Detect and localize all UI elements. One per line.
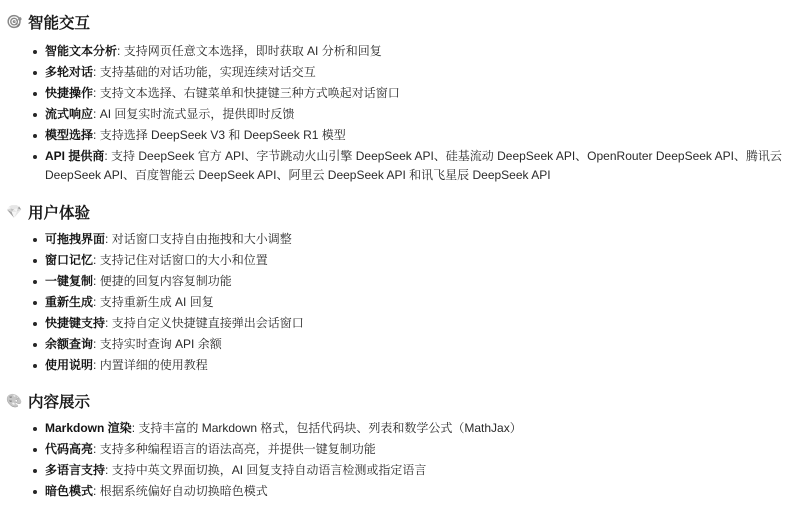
bullet (33, 280, 37, 284)
separator: : (93, 295, 100, 309)
list-item: 快捷键支持: 支持自定义快捷键直接弹出会话窗口 (0, 313, 800, 334)
list-item: 重新生成: 支持重新生成 AI 回复 (0, 292, 800, 313)
target-icon: 🎯 (6, 14, 22, 30)
section-heading-content-display: 🎨 内容展示 (6, 390, 90, 412)
bullet (33, 134, 37, 138)
bullet (33, 301, 37, 305)
separator: : (93, 86, 100, 100)
separator: : (117, 44, 124, 58)
feature-term: 余额查询 (45, 337, 93, 351)
list-item: 窗口记忆: 支持记住对话窗口的大小和位置 (0, 250, 800, 271)
feature-term: 多轮对话 (45, 65, 93, 79)
feature-list-interaction: 智能文本分析: 支持网页任意文本选择，即时获取 AI 分析和回复 多轮对话: 支… (0, 41, 800, 185)
bullet (33, 322, 37, 326)
list-item: 多轮对话: 支持基础的对话功能，实现连续对话交互 (0, 62, 800, 83)
bullet (33, 490, 37, 494)
list-item: 模型选择: 支持选择 DeepSeek V3 和 DeepSeek R1 模型 (0, 125, 800, 146)
list-item: 流式响应: AI 回复实时流式显示，提供即时反馈 (0, 104, 800, 125)
separator: : (93, 442, 100, 456)
feature-term: API 提供商 (45, 149, 104, 163)
bullet (33, 343, 37, 347)
list-item: 智能文本分析: 支持网页任意文本选择，即时获取 AI 分析和回复 (0, 41, 800, 62)
list-item: 快捷操作: 支持文本选择、右键菜单和快捷键三种方式唤起对话窗口 (0, 83, 800, 104)
gem-icon: 💎 (6, 204, 22, 220)
bullet (33, 259, 37, 263)
separator: : (93, 65, 100, 79)
feature-term: 快捷键支持 (45, 316, 105, 330)
section-heading-user-experience: 💎 用户体验 (6, 201, 90, 223)
bullet (33, 364, 37, 368)
feature-desc: 便捷的回复内容复制功能 (100, 274, 232, 288)
bullet (33, 71, 37, 75)
bullet (33, 155, 37, 159)
feature-term: 窗口记忆 (45, 253, 93, 267)
separator: : (93, 274, 100, 288)
separator: : (93, 358, 100, 372)
bullet (33, 50, 37, 54)
feature-desc: 支持基础的对话功能，实现连续对话交互 (100, 65, 316, 79)
list-item: 代码高亮: 支持多种编程语言的语法高亮，并提供一键复制功能 (0, 439, 800, 460)
palette-icon: 🎨 (6, 393, 22, 409)
section-heading-interaction: 🎯 智能交互 (6, 11, 90, 33)
bullet (33, 469, 37, 473)
section-title: 智能交互 (28, 11, 90, 33)
feature-desc: 支持网页任意文本选择，即时获取 AI 分析和回复 (124, 44, 382, 58)
feature-desc: 支持记住对话窗口的大小和位置 (100, 253, 268, 267)
list-item: 一键复制: 便捷的回复内容复制功能 (0, 271, 800, 292)
list-item: 可拖拽界面: 对话窗口支持自由拖拽和大小调整 (0, 229, 800, 250)
feature-desc: 支持多种编程语言的语法高亮，并提供一键复制功能 (100, 442, 376, 456)
feature-list-user-experience: 可拖拽界面: 对话窗口支持自由拖拽和大小调整 窗口记忆: 支持记住对话窗口的大小… (0, 229, 800, 376)
feature-term: 暗色模式 (45, 484, 93, 498)
feature-desc: 支持中英文界面切换，AI 回复支持自动语言检测或指定语言 (112, 463, 427, 477)
feature-term: 流式响应 (45, 107, 93, 121)
feature-desc: 支持选择 DeepSeek V3 和 DeepSeek R1 模型 (100, 128, 346, 142)
feature-term: 模型选择 (45, 128, 93, 142)
list-item: 余额查询: 支持实时查询 API 余额 (0, 334, 800, 355)
feature-term: 快捷操作 (45, 86, 93, 100)
list-item: 多语言支持: 支持中英文界面切换，AI 回复支持自动语言检测或指定语言 (0, 460, 800, 481)
feature-term: 代码高亮 (45, 442, 93, 456)
list-item: Markdown 渲染: 支持丰富的 Markdown 格式，包括代码块、列表和… (0, 418, 800, 439)
separator: : (104, 149, 111, 163)
feature-desc: 支持重新生成 AI 回复 (100, 295, 214, 309)
feature-desc: 内置详细的使用教程 (100, 358, 208, 372)
separator: : (93, 128, 100, 142)
bullet (33, 92, 37, 96)
feature-term: 多语言支持 (45, 463, 105, 477)
feature-desc: 支持文本选择、右键菜单和快捷键三种方式唤起对话窗口 (100, 86, 400, 100)
feature-term: 重新生成 (45, 295, 93, 309)
feature-term: 使用说明 (45, 358, 93, 372)
section-title: 用户体验 (28, 201, 90, 223)
section-title: 内容展示 (28, 390, 90, 412)
separator: : (93, 107, 100, 121)
bullet (33, 113, 37, 117)
list-item: API 提供商: 支持 DeepSeek 官方 API、字节跳动火山引擎 Dee… (0, 146, 800, 185)
separator: : (93, 337, 100, 351)
bullet (33, 448, 37, 452)
feature-list-content-display: Markdown 渲染: 支持丰富的 Markdown 格式，包括代码块、列表和… (0, 418, 800, 502)
feature-term: 一键复制 (45, 274, 93, 288)
bullet (33, 427, 37, 431)
separator: : (93, 484, 100, 498)
separator: : (105, 232, 112, 246)
separator: : (93, 253, 100, 267)
feature-term: 智能文本分析 (45, 44, 117, 58)
list-item: 暗色模式: 根据系统偏好自动切换暗色模式 (0, 481, 800, 502)
feature-desc: 支持实时查询 API 余额 (100, 337, 222, 351)
separator: : (105, 463, 112, 477)
feature-desc: 支持自定义快捷键直接弹出会话窗口 (112, 316, 304, 330)
feature-desc: AI 回复实时流式显示，提供即时反馈 (100, 107, 295, 121)
separator: : (105, 316, 112, 330)
list-item: 使用说明: 内置详细的使用教程 (0, 355, 800, 376)
bullet (33, 238, 37, 242)
feature-desc: 对话窗口支持自由拖拽和大小调整 (112, 232, 292, 246)
feature-term: 可拖拽界面 (45, 232, 105, 246)
feature-desc: 支持丰富的 Markdown 格式，包括代码块、列表和数学公式（MathJax） (138, 421, 521, 435)
feature-desc: 支持 DeepSeek 官方 API、字节跳动火山引擎 DeepSeek API… (45, 149, 782, 182)
feature-desc: 根据系统偏好自动切换暗色模式 (100, 484, 268, 498)
feature-term: Markdown 渲染 (45, 421, 132, 435)
